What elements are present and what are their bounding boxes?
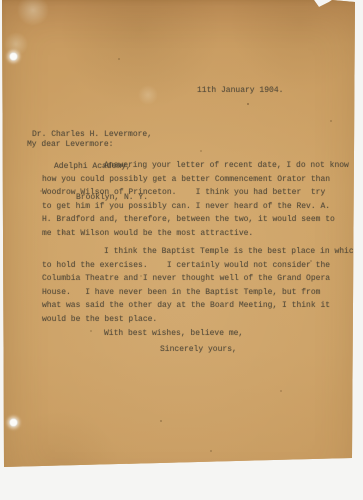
- body-line: to get him if you possibly can. I never …: [42, 200, 349, 214]
- body-line: Woodrow Wilson of Princeton. I think you…: [42, 186, 349, 200]
- salutation: My dear Levermore:: [27, 140, 113, 149]
- closing-line: With best wishes, believe me,: [104, 329, 243, 338]
- body-line: I think the Baptist Temple is the best p…: [42, 245, 358, 259]
- body-line: what was said the other day at the Board…: [42, 299, 358, 313]
- punch-hole-top: [9, 52, 18, 61]
- punch-hole-bottom: [9, 418, 18, 427]
- body-line: would be the best place.: [42, 313, 358, 327]
- body-line: me that Wilson would be the most attract…: [42, 227, 349, 241]
- body-line: Answering your letter of recent date, I …: [42, 159, 349, 173]
- scanned-letter: 11th January 1904. Dr. Charles H. Leverm…: [0, 0, 363, 500]
- body-line: Columbia Theatre and I never thought wel…: [42, 272, 358, 286]
- body-line: to hold the exercises. I certainly would…: [42, 259, 358, 273]
- letter-date: 11th January 1904.: [197, 86, 283, 95]
- address-line-name: Dr. Charles H. Levermore,: [32, 130, 152, 141]
- body-line: how you could possibly get a better Comm…: [42, 173, 349, 187]
- letter-page: 11th January 1904. Dr. Charles H. Leverm…: [0, 0, 363, 500]
- body-line: H. Bradford and, therefore, between the …: [42, 213, 349, 227]
- body-line: House. I have never been in the Baptist …: [42, 286, 358, 300]
- paper-specks: [0, 0, 2, 2]
- body-paragraph-1: Answering your letter of recent date, I …: [42, 159, 349, 241]
- body-paragraph-2: I think the Baptist Temple is the best p…: [42, 245, 358, 327]
- signoff-line: Sincerely yours,: [160, 345, 237, 354]
